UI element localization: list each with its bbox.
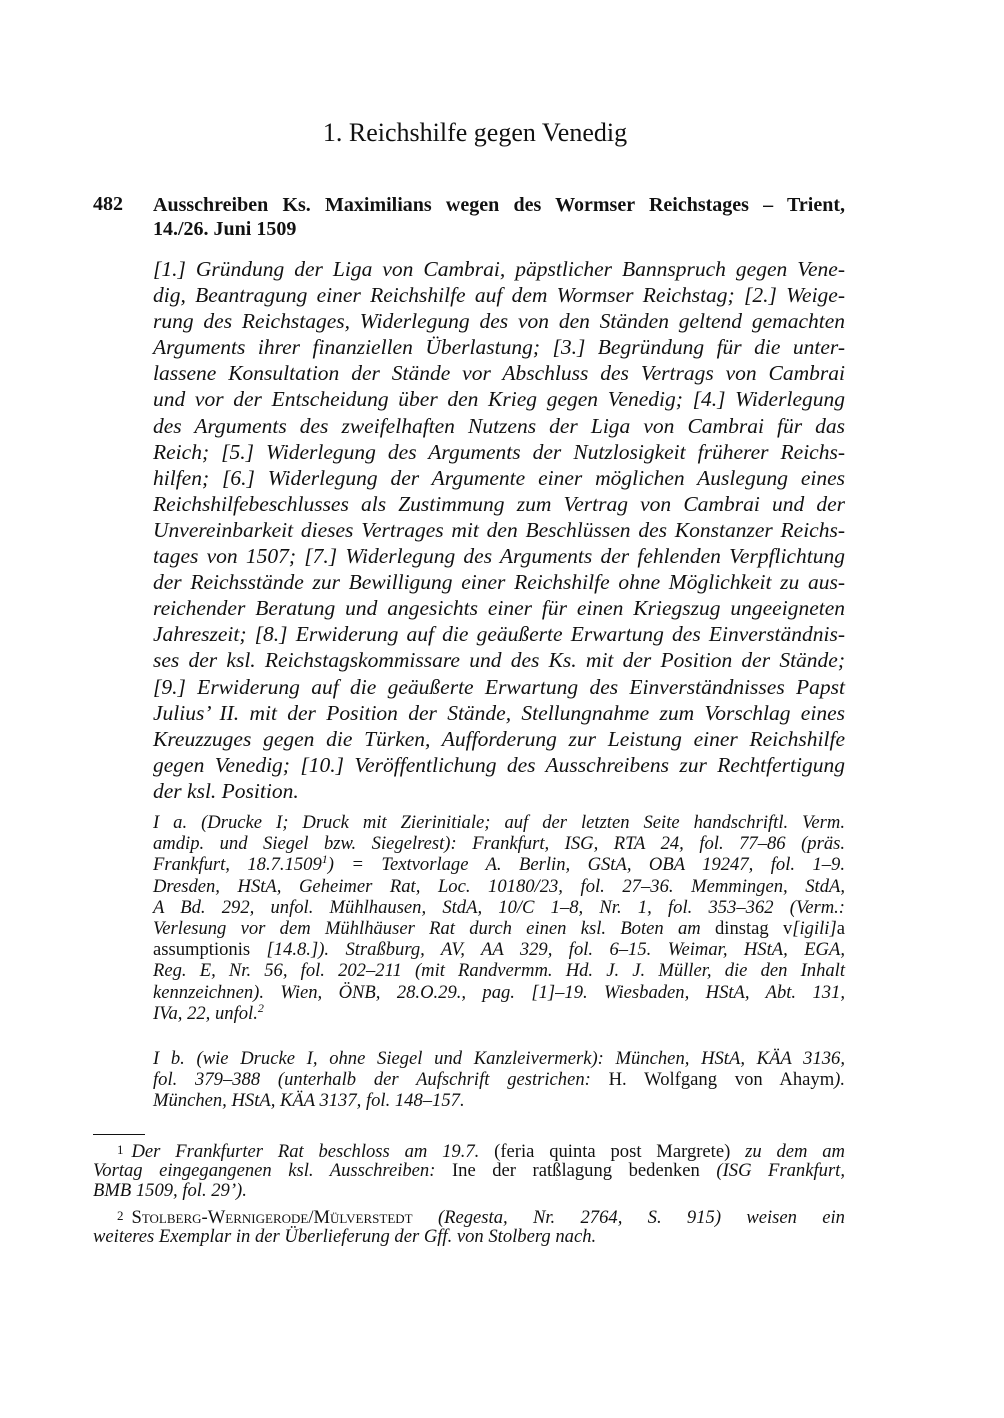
source-text: ).	[834, 1069, 845, 1090]
footnote-line: 2Stolberg-Wernigerode/Mülverstedt (Reges…	[93, 1208, 845, 1227]
footnote-text: Der Frankfurter Rat beschloss am 19.7.	[132, 1141, 495, 1162]
sources-ia: I a. (Drucke I; Druck mit Zierinitiale; …	[153, 812, 845, 1024]
summary-line: [9.] Erwiderung auf die geäußerte Erwart…	[153, 674, 845, 700]
source-line: München, HStA, KÄA 3137, fol. 148–157.	[153, 1090, 845, 1111]
summary-line: dig, Beantragung einer Reichshilfe auf d…	[153, 282, 845, 308]
summary-line: Julius’ II. mit der Position der Stände,…	[153, 700, 845, 726]
source-text: fol. 379–388 (unterhalb der Aufschrift g…	[153, 1069, 609, 1090]
footnote-text: (Regesta, Nr. 2764, S. 915) weisen ein	[438, 1207, 845, 1228]
summary-line: der Reichsstände zur Bewilligung einer R…	[153, 569, 845, 595]
footnote-line: BMB 1509, fol. 29’).	[93, 1181, 845, 1200]
source-line: kennzeichnen). Wien, ÖNB, 28.O.29., pag.…	[153, 982, 845, 1003]
summary-line: rung des Reichstages, Widerlegung des vo…	[153, 308, 845, 334]
summary-line: [1.] Gründung der Liga von Cambrai, päps…	[153, 256, 845, 282]
summary-line: des Arguments des zweifelhaften Nutzens …	[153, 413, 845, 439]
source-line: Reg. E, Nr. 56, fol. 202–211 (mit Randve…	[153, 960, 845, 981]
footnote-2: 2Stolberg-Wernigerode/Mülverstedt (Reges…	[93, 1208, 845, 1247]
source-line: I a. (Drucke I; Druck mit Zierinitiale; …	[153, 812, 845, 833]
footnote-text: (ISG Frankfurt,	[716, 1160, 845, 1181]
summary-line: ses der ksl. Reichstagskommissare und de…	[153, 647, 845, 673]
summary-line: lassene Konsultation der Stände vor Absc…	[153, 360, 845, 386]
footnote-text: zu dem am	[745, 1141, 845, 1162]
entry-number: 482	[93, 193, 123, 216]
footnote-line: Vortag eingegangenen ksl. Ausschreiben: …	[93, 1161, 845, 1180]
footnote-divider	[93, 1134, 145, 1135]
footnote-line: 1Der Frankfurter Rat beschloss am 19.7. …	[93, 1142, 845, 1161]
quoted-text: dinstag v	[715, 918, 792, 939]
source-line: amdip. und Siegel bzw. Siegelrest): Fran…	[153, 833, 845, 854]
section-heading: 1. Reichshilfe gegen Venedig	[0, 118, 950, 148]
summary-line: und vor der Entscheidung über den Krieg …	[153, 386, 845, 412]
summary-line: gegen Venedig; [10.] Veröffentlichung de…	[153, 752, 845, 778]
source-line: Frankfurt, 18.7.15091) = Textvorlage A. …	[153, 854, 845, 875]
summary-line: der ksl. Position.	[153, 778, 845, 804]
source-line: fol. 379–388 (unterhalb der Aufschrift g…	[153, 1069, 845, 1090]
summary-line: reichender Beratung und angesichts einer…	[153, 595, 845, 621]
footnote-number: 1	[117, 1142, 124, 1158]
sources-ib: I b. (wie Drucke I, ohne Siegel und Kanz…	[153, 1048, 845, 1112]
footnote-line: weiteres Exemplar in der Überlieferung d…	[93, 1227, 845, 1246]
footnote-1: 1Der Frankfurter Rat beschloss am 19.7. …	[93, 1142, 845, 1200]
source-text: Frankfurt, 18.7.1509	[153, 854, 322, 875]
source-text: [igili]	[792, 918, 836, 939]
entry-title-line: 14./26. Juni 1509	[153, 217, 845, 241]
footnote-text: weiteres Exemplar in der Überlieferung d…	[93, 1226, 596, 1247]
source-line: A Bd. 292, unfol. Mühlhausen, StdA, 10/C…	[153, 897, 845, 918]
quoted-text: H. Wolfgang von Ahaym	[609, 1069, 835, 1090]
summary-line: Reichshilfebeschlusses als Zustimmung zu…	[153, 491, 845, 517]
quoted-text: Ine der ratßlagung bedenken	[452, 1160, 716, 1181]
author-names: Stolberg-Wernigerode/Mülverstedt	[132, 1207, 438, 1228]
summary-line: hilfen; [6.] Widerlegung der Argumente e…	[153, 465, 845, 491]
source-text: IVa, 22, unfol.	[153, 1003, 258, 1024]
source-text: [14.8.]). Straßburg, AV, AA 329, fol. 6–…	[267, 939, 845, 960]
footnote-ref-2[interactable]: 2	[258, 1001, 264, 1015]
source-line: assumptionis [14.8.]). Straßburg, AV, AA…	[153, 939, 845, 960]
footnote-text: BMB 1509, fol. 29’).	[93, 1180, 247, 1201]
footnote-text: Vortag eingegangenen ksl. Ausschreiben:	[93, 1160, 452, 1181]
source-text: Verlesung vor dem Mühlhäuser Rat durch e…	[153, 918, 715, 939]
quoted-text: (feria quinta post Margrete)	[494, 1141, 745, 1162]
source-line: Dresden, HStA, Geheimer Rat, Loc. 10180/…	[153, 876, 845, 897]
source-line: Verlesung vor dem Mühlhäuser Rat durch e…	[153, 918, 845, 939]
summary-line: Kreuzzuges gegen die Türken, Aufforderun…	[153, 726, 845, 752]
summary-line: Unvereinbarkeit dieses Vertrages mit den…	[153, 517, 845, 543]
source-text: ) = Textvorlage A. Berlin, GStA, OBA 192…	[328, 854, 845, 875]
source-line: I b. (wie Drucke I, ohne Siegel und Kanz…	[153, 1048, 845, 1069]
summary-line: tages von 1507; [7.] Widerlegung des Arg…	[153, 543, 845, 569]
summary-line: Reich; [5.] Widerlegung des Arguments de…	[153, 439, 845, 465]
quoted-text: a	[837, 918, 845, 939]
summary-line: Jahreszeit; [8.] Erwiderung auf die geäu…	[153, 621, 845, 647]
entry-title: Ausschreiben Ks. Maximilians wegen des W…	[153, 193, 845, 241]
source-line: IVa, 22, unfol.2	[153, 1003, 845, 1024]
entry-title-line: Ausschreiben Ks. Maximilians wegen des W…	[153, 193, 845, 217]
entry-summary: [1.] Gründung der Liga von Cambrai, päps…	[153, 256, 845, 804]
footnote-number: 2	[117, 1208, 124, 1224]
quoted-text: assumptionis	[153, 939, 267, 960]
summary-line: Arguments ihrer finanziellen Überlastung…	[153, 334, 845, 360]
